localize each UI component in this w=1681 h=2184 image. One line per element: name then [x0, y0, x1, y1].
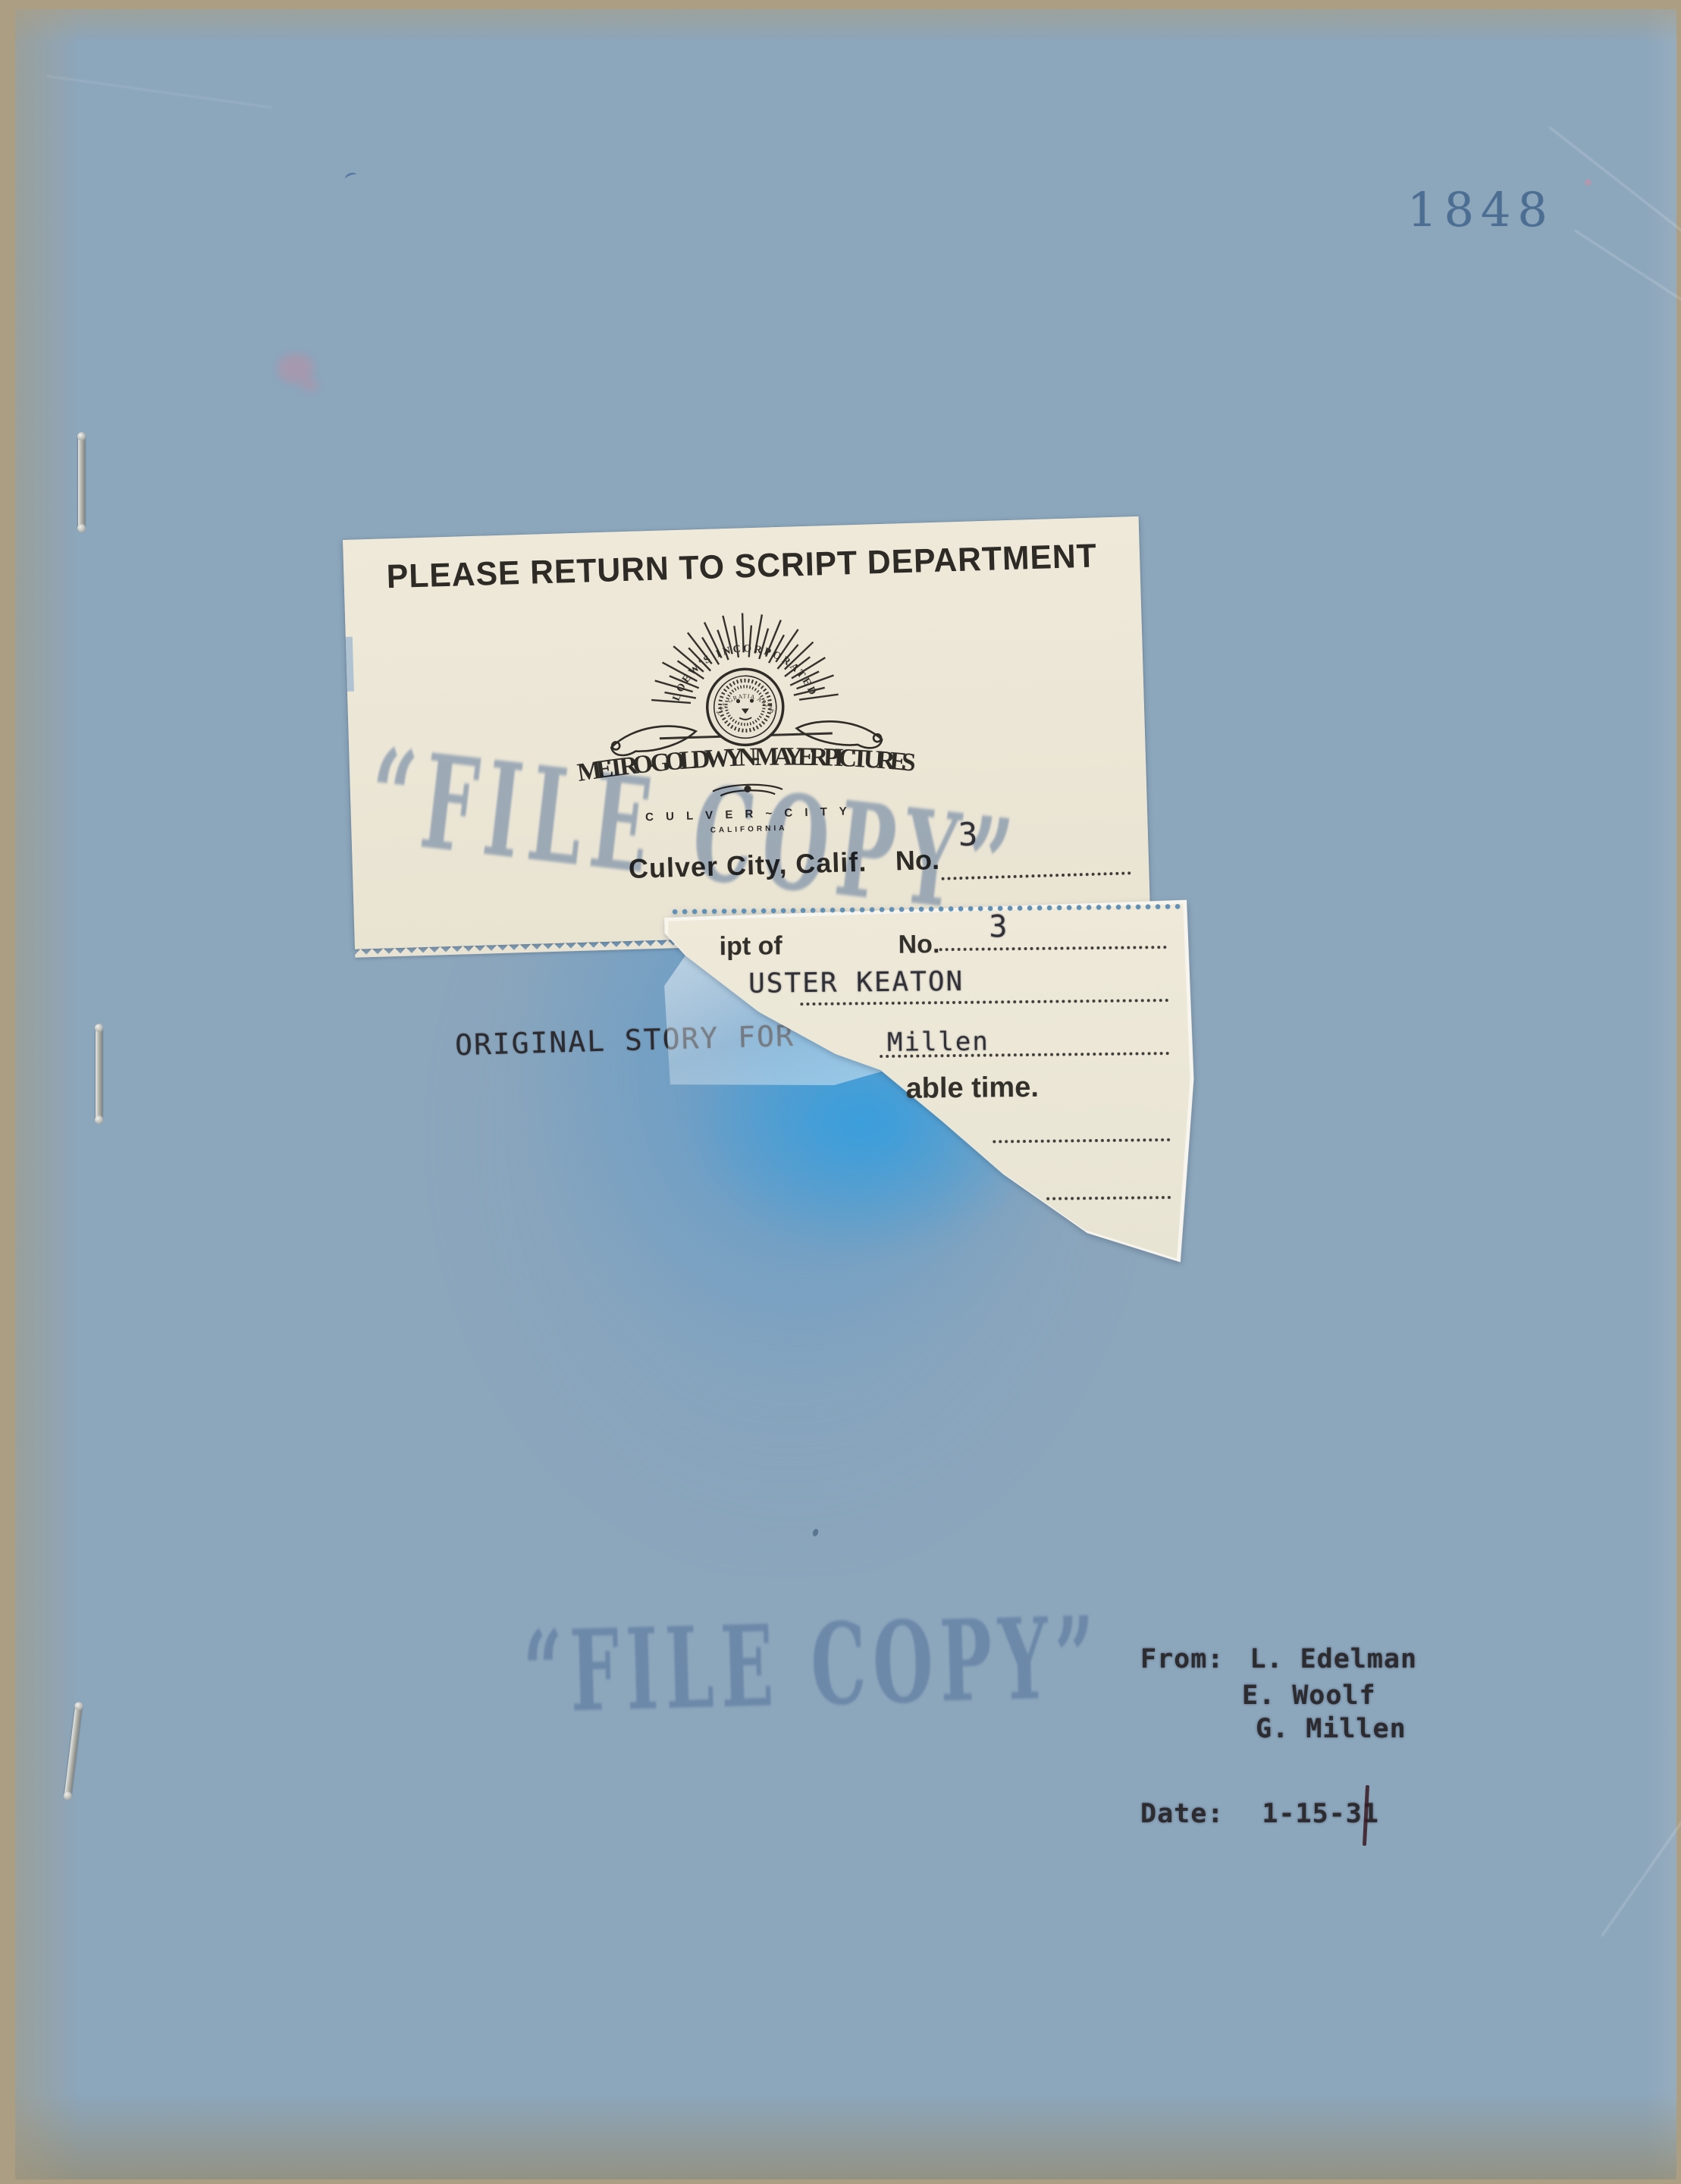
credits-from-line: From:L. Edelman — [1140, 1644, 1417, 1674]
from-label: From: — [1140, 1644, 1224, 1674]
receipt-fragment-text: ipt of — [719, 931, 782, 962]
torn-receipt: ipt of No. 3 USTER KEATON Millen able ti… — [664, 897, 1196, 1276]
receipt-name-line: USTER KEATON — [748, 966, 964, 999]
staple — [78, 434, 85, 531]
receipt-number-value: 3 — [989, 909, 1008, 944]
staple — [96, 1025, 102, 1122]
credits-date-line: Date:1-15-31 — [1140, 1799, 1379, 1829]
scanned-script-cover: 1848 ORIGINAL STORY FOR “FILE COPY” PLEA… — [0, 0, 1681, 2184]
file-copy-stamp-bottom: “FILE COPY” — [522, 1591, 1103, 1739]
writer-1: L. Edelman — [1250, 1644, 1417, 1674]
receipt-number-label: No. — [898, 930, 939, 960]
credits-writer-3: G. Millen — [1256, 1714, 1407, 1744]
credits-writer-2: E. Woolf — [1242, 1680, 1376, 1711]
receipt-closing-fragment: able time. — [905, 1072, 1039, 1106]
blue-ink-smear — [346, 637, 354, 692]
date-value: 1-15-31 — [1262, 1799, 1379, 1829]
receipt-writer-line: Millen — [887, 1027, 989, 1058]
pink-smudge — [302, 379, 318, 391]
return-label-header: PLEASE RETURN TO SCRIPT DEPARTMENT — [356, 536, 1129, 597]
pink-speck — [1585, 179, 1592, 186]
lion-medallion: ARS GRATIA ARTIS — [706, 668, 784, 746]
catalog-number: 1848 — [1407, 182, 1554, 237]
date-label: Date: — [1140, 1799, 1224, 1829]
